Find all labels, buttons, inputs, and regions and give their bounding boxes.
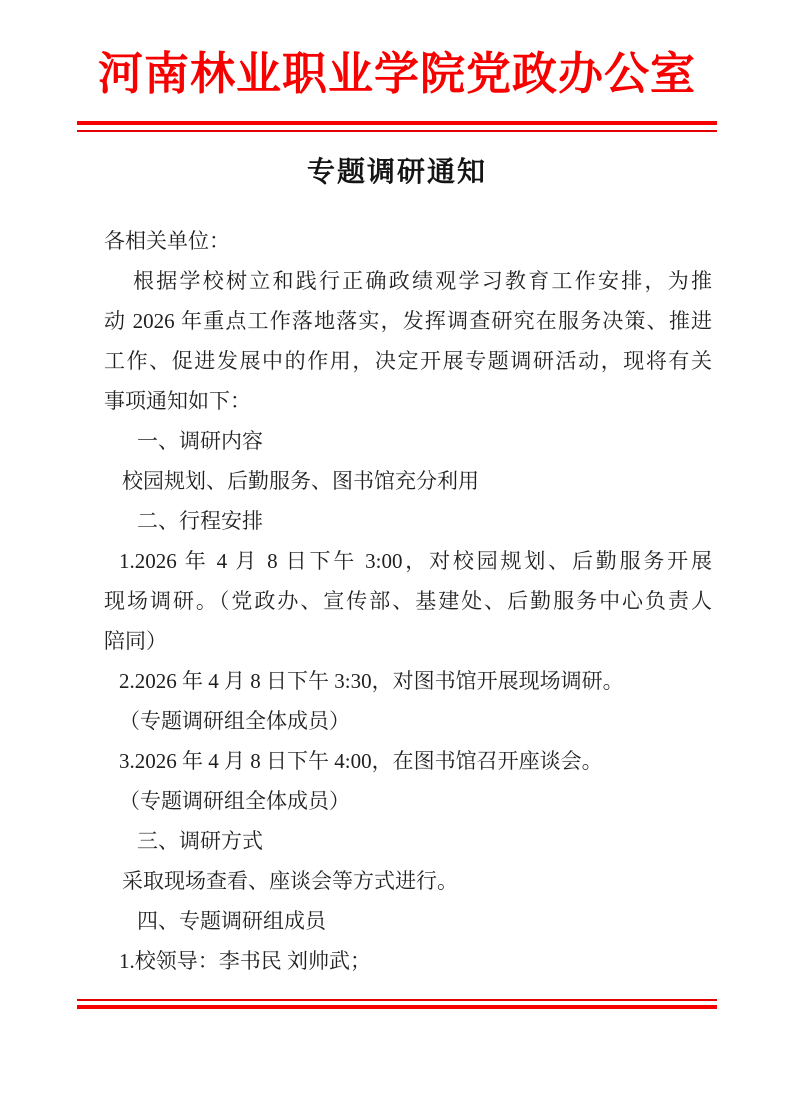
footer-divider-thick-line [77,1005,717,1009]
header-divider [77,121,717,132]
document-page: 河南林业职业学院党政办公室 专题调研通知 各相关单位： 根据学校树立和践行正确政… [0,0,794,1108]
letterhead-org-name: 河南林业职业学院党政办公室 [0,0,794,106]
body-line: 1.校领导：李书民 刘帅武； [104,941,712,981]
body-line: 事项通知如下： [104,381,712,421]
body-line: 动 2026 年重点工作落地落实，发挥调查研究在服务决策、推进 [104,301,712,341]
header-divider-thick-line [77,121,717,125]
body-line: （专题调研组全体成员） [104,781,712,821]
body-line: 根据学校树立和践行正确政绩观学习教育工作安排，为推 [104,261,712,301]
salutation-line: 各相关单位： [104,221,712,261]
header-divider-thin-line [77,130,717,132]
body-line: （专题调研组全体成员） [104,701,712,741]
document-body: 各相关单位： 根据学校树立和践行正确政绩观学习教育工作安排，为推 动 2026 … [0,221,794,981]
footer-divider [77,999,717,1009]
footer-divider-thin-line [77,999,717,1001]
body-line: 陪同） [104,621,712,661]
body-line: 工作、促进发展中的作用，决定开展专题调研活动，现将有关 [104,341,712,381]
body-line: 2.2026 年 4 月 8 日下午 3:30，对图书馆开展现场调研。 [104,661,712,701]
body-line: 校园规划、后勤服务、图书馆充分利用 [104,461,712,501]
body-line: 1.2026 年 4 月 8 日下午 3:00，对校园规划、后勤服务开展 [104,541,712,581]
body-line: 采取现场查看、座谈会等方式进行。 [104,861,712,901]
section-heading: 一、调研内容 [104,421,712,461]
body-line: 3.2026 年 4 月 8 日下午 4:00，在图书馆召开座谈会。 [104,741,712,781]
body-line: 现场调研。（党政办、宣传部、基建处、后勤服务中心负责人 [104,581,712,621]
section-heading: 四、专题调研组成员 [104,901,712,941]
document-title: 专题调研通知 [0,153,794,193]
section-heading: 二、行程安排 [104,501,712,541]
section-heading: 三、调研方式 [104,821,712,861]
